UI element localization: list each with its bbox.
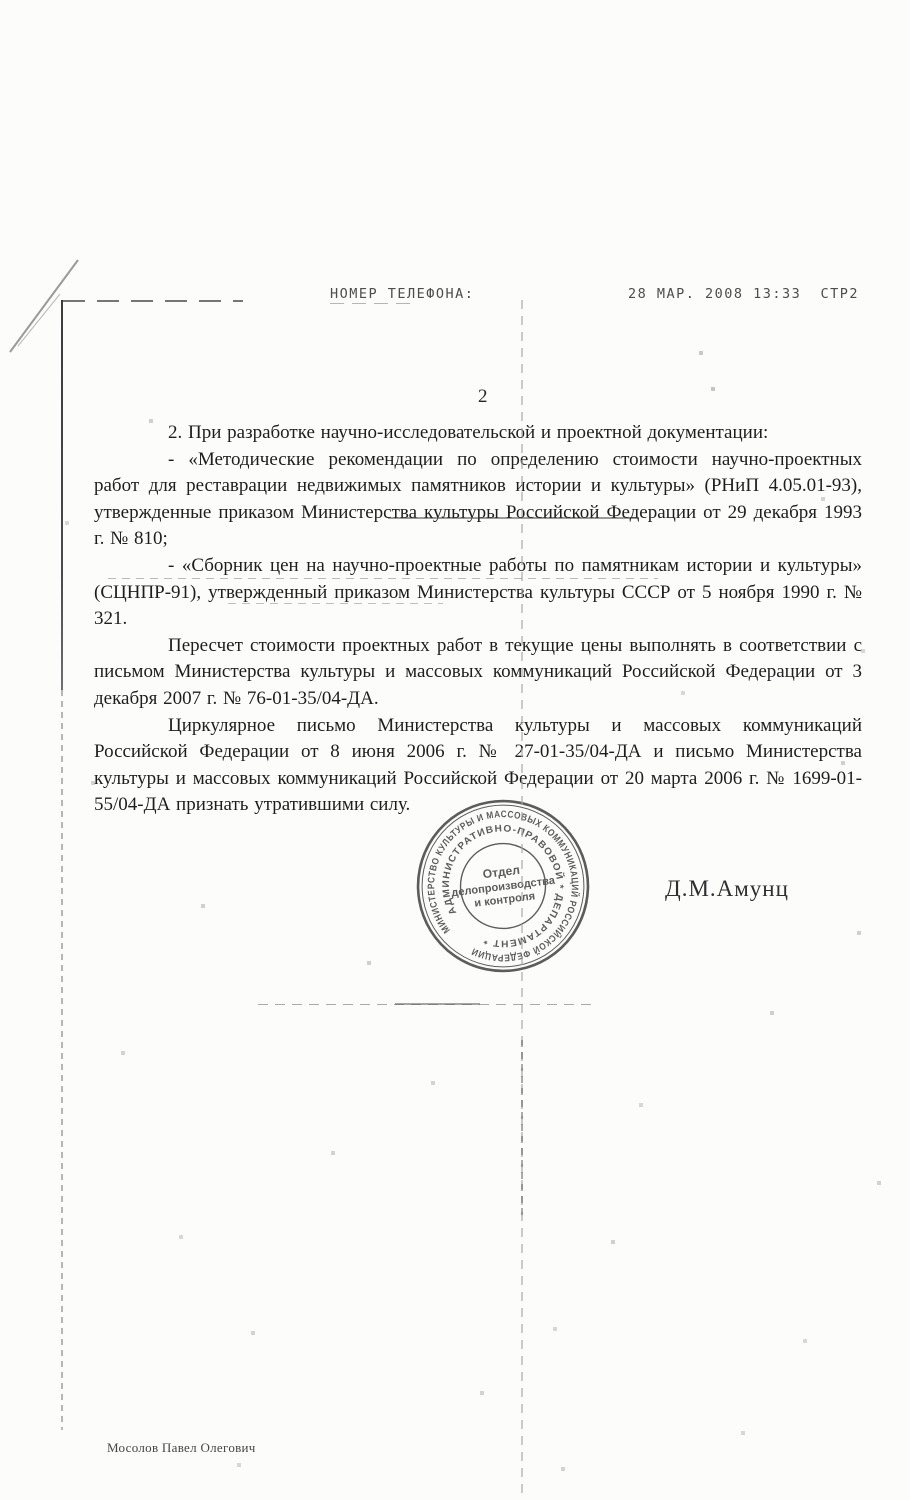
stamp-center-line-1: Отдел (482, 863, 521, 881)
scan-artifact-top-dashes (63, 300, 243, 302)
ministry-stamp: МИНИСТЕРСТВО КУЛЬТУРЫ И МАССОВЫХ КОММУНИ… (412, 795, 594, 977)
body-paragraph: Пересчет стоимости проектных работ в тек… (94, 633, 862, 713)
page-number: 2 (478, 386, 488, 408)
scan-artifact-top-dashes-2 (330, 303, 410, 304)
scan-artifact-left-edge (61, 300, 63, 690)
scan-artifact-corner-diagonal (8, 256, 104, 356)
fax-timestamp: 28 МАР. 2008 13:33 СТР2 (628, 286, 859, 302)
body-paragraph: 2. При разработке научно-исследовательск… (94, 420, 862, 447)
scan-artifact-left-edge-faded (61, 690, 63, 1430)
stamp-seal-graphic: МИНИСТЕРСТВО КУЛЬТУРЫ И МАССОВЫХ КОММУНИ… (412, 795, 594, 977)
scan-noise-specks (0, 0, 2, 2)
body-paragraph: - «Сборник цен на научно-проектные работ… (94, 553, 862, 633)
fax-phone-label: НОМЕР ТЕЛЕФОНА: (330, 286, 474, 302)
scanned-fax-page: НОМЕР ТЕЛЕФОНА: 28 МАР. 2008 13:33 СТР2 … (0, 0, 910, 1500)
scan-artifact-horizontal-fold-dark (395, 1003, 480, 1005)
body-text: 2. При разработке научно-исследовательск… (94, 420, 862, 819)
scan-artifact-horizontal-fold (258, 1004, 593, 1005)
scan-artifact-vertical-fold-dark (521, 1040, 523, 1220)
executor-name: Мосолов Павел Олегович (107, 1440, 256, 1456)
body-paragraph: - «Методические рекомендации по определе… (94, 447, 862, 553)
signature-name: Д.М.Амунц (665, 876, 789, 902)
